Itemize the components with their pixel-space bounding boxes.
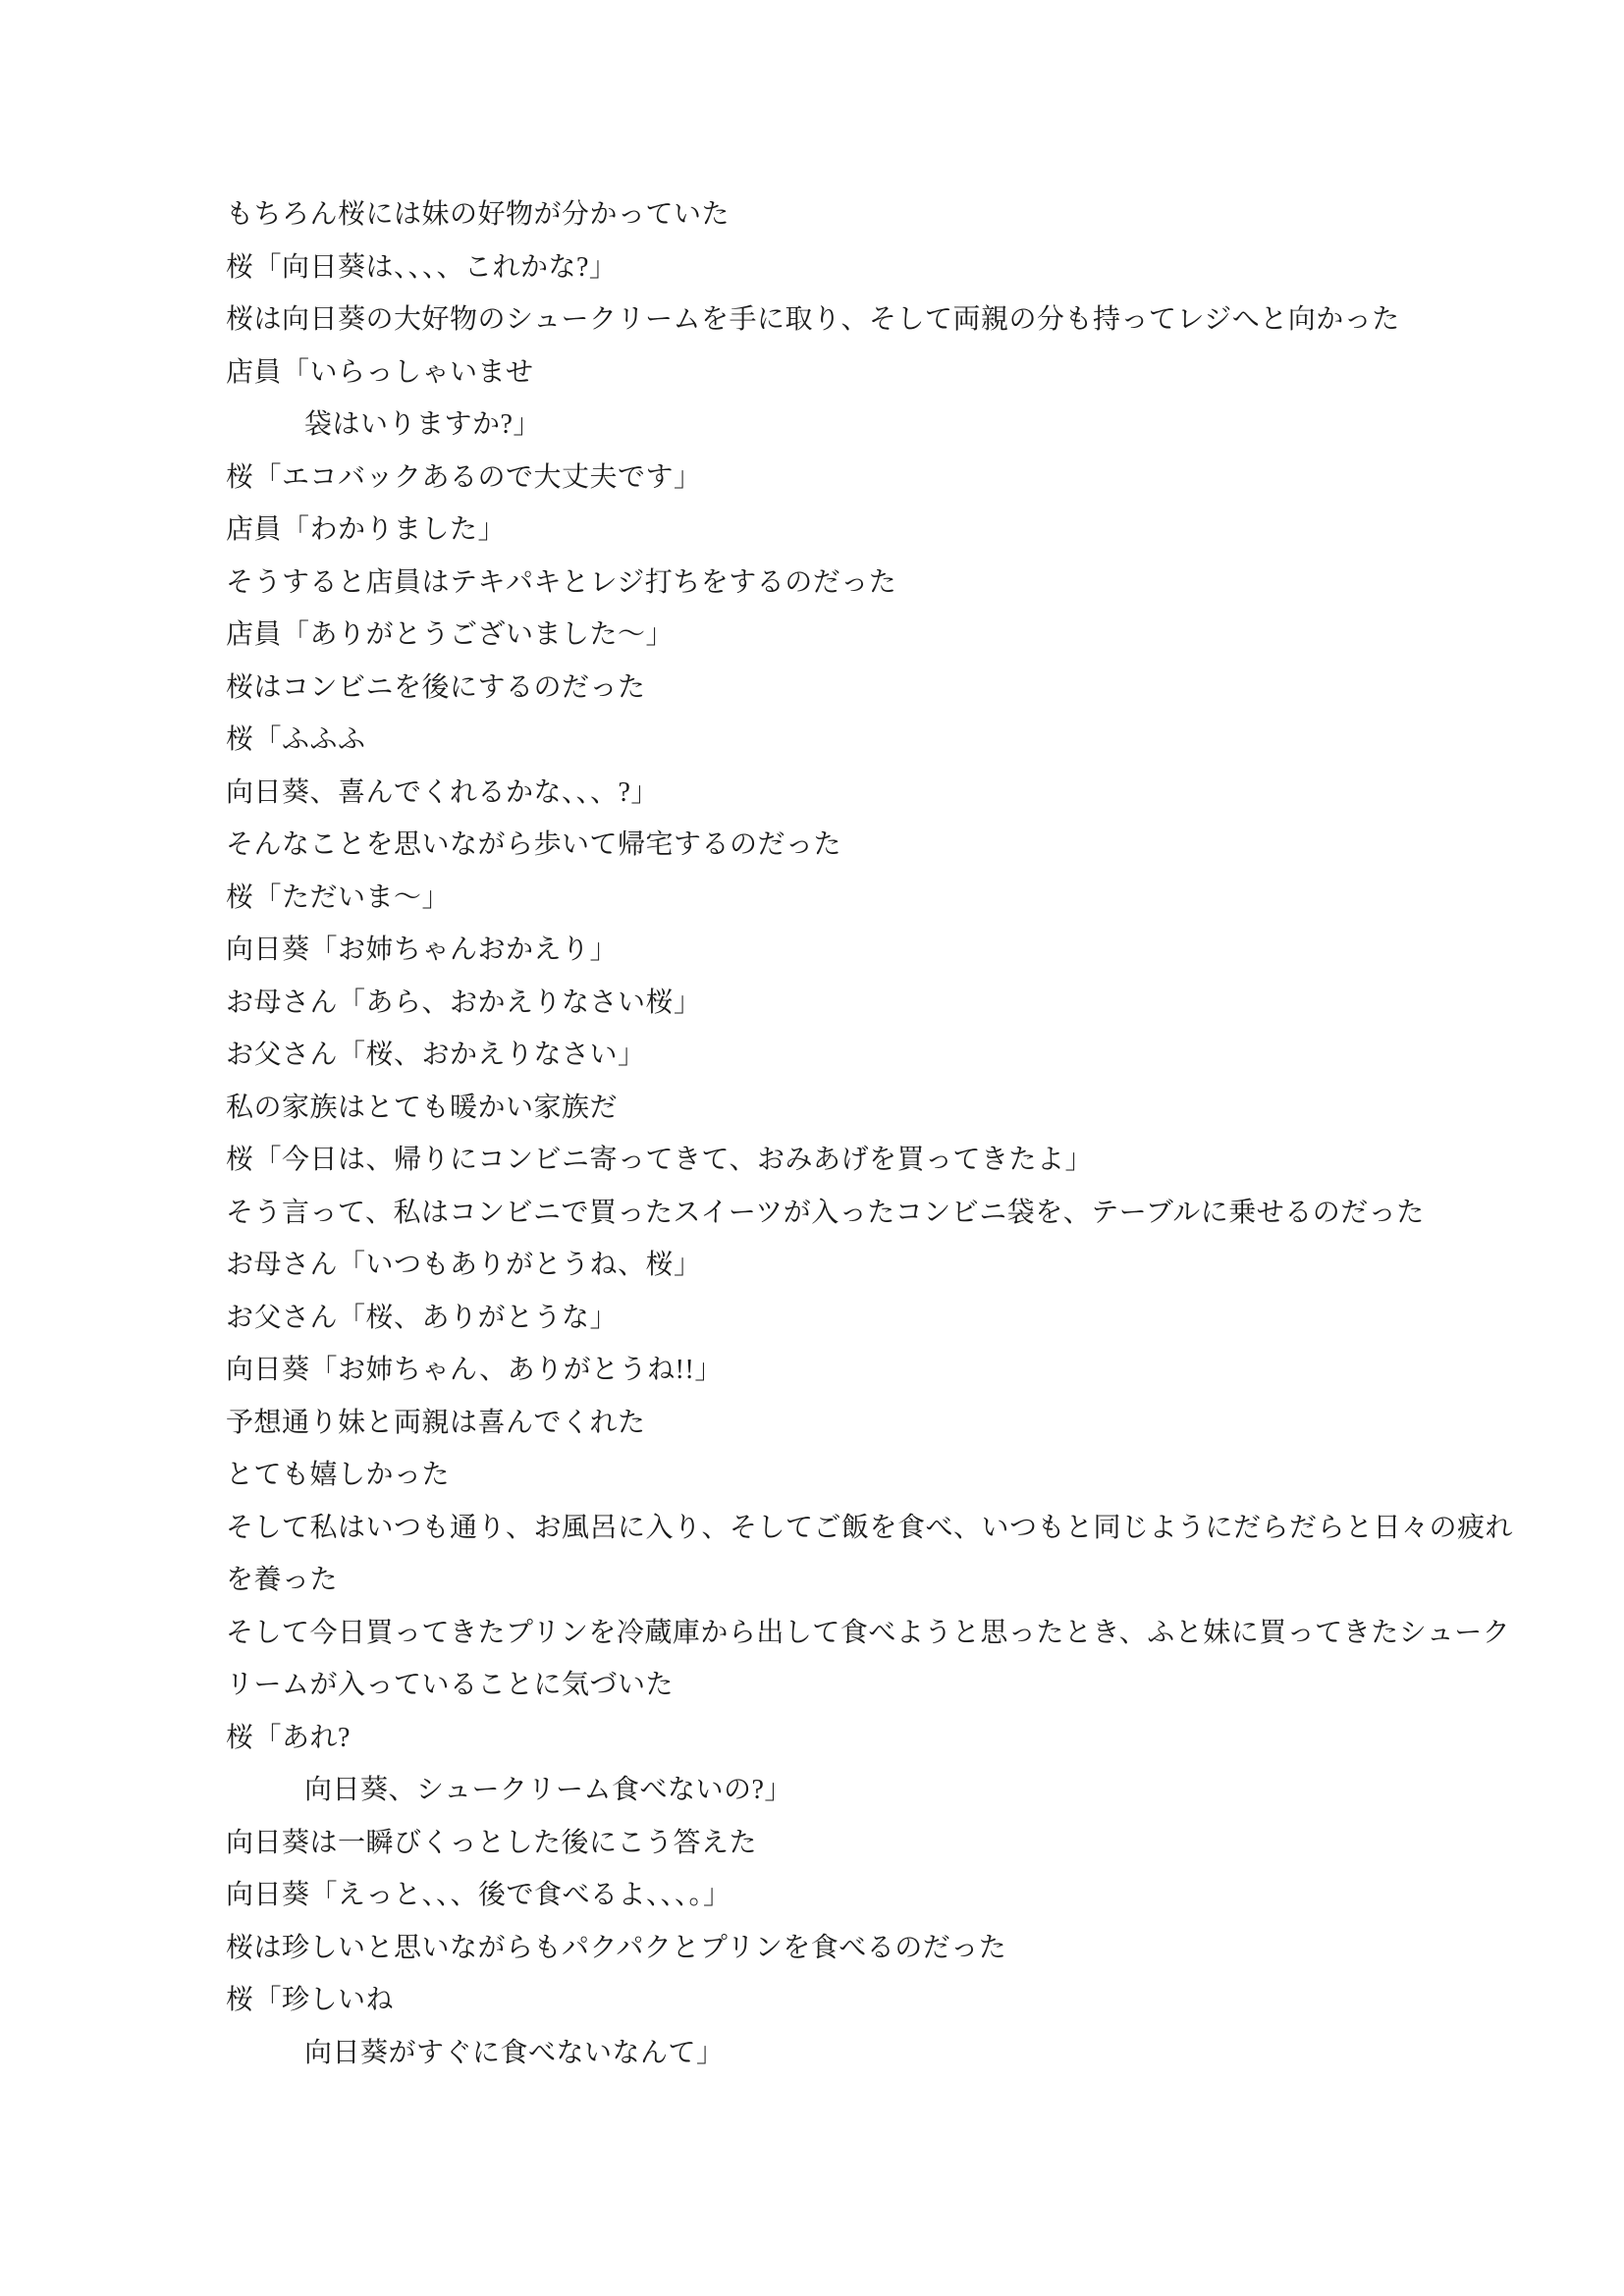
text-line: 袋はいりますか?」 [226, 399, 1502, 452]
text-line: 桜「エコバックあるので大丈夫です」 [226, 452, 1502, 505]
text-line: 向日葵、喜んでくれるかな、、、?」 [226, 767, 1502, 820]
text-line: を養った [226, 1554, 1502, 1607]
text-line: 桜はコンビニを後にするのだった [226, 662, 1502, 715]
text-line: 予想通り妹と両親は喜んでくれた [226, 1397, 1502, 1450]
text-line: 店員「ありがとうございました〜」 [226, 609, 1502, 662]
text-line: とても嬉しかった [226, 1449, 1502, 1502]
text-line: 桜「あれ? [226, 1712, 1502, 1765]
text-line: そして私はいつも通り、お風呂に入り、そしてご飯を食べ、いつもと同じようにだらだら… [226, 1502, 1502, 1555]
text-line: 向日葵、シュークリーム食べないの?」 [226, 1764, 1502, 1817]
text-line: 桜は向日葵の大好物のシュークリームを手に取り、そして両親の分も持ってレジへと向か… [226, 294, 1502, 347]
text-line: 店員「わかりました」 [226, 504, 1502, 557]
text-line: 桜「ただいま〜」 [226, 872, 1502, 925]
text-line: 桜「ふふふ [226, 714, 1502, 767]
text-line: リームが入っていることに気づいた [226, 1659, 1502, 1712]
text-line: お父さん「桜、ありがとうな」 [226, 1292, 1502, 1345]
story-text-block: もちろん桜には妹の好物が分かっていた桜「向日葵は、、、、これかな?」桜は向日葵の… [226, 188, 1502, 2079]
text-line: 桜「今日は、帰りにコンビニ寄ってきて、おみあげを買ってきたよ」 [226, 1134, 1502, 1187]
text-line: 店員「いらっしゃいませ [226, 347, 1502, 400]
text-line: 桜「珍しいね [226, 1974, 1502, 2027]
document-page: もちろん桜には妹の好物が分かっていた桜「向日葵は、、、、これかな?」桜は向日葵の… [0, 0, 1624, 2296]
text-line: 向日葵「えっと、、、後で食べるよ、、、。」 [226, 1869, 1502, 1922]
text-line: 桜は珍しいと思いながらもパクパクとプリンを食べるのだった [226, 1922, 1502, 1975]
text-line: そして今日買ってきたプリンを冷蔵庫から出して食べようと思ったとき、ふと妹に買って… [226, 1607, 1502, 1660]
text-line: 桜「向日葵は、、、、これかな?」 [226, 241, 1502, 294]
text-line: 私の家族はとても暖かい家族だ [226, 1082, 1502, 1135]
text-line: そんなことを思いながら歩いて帰宅するのだった [226, 819, 1502, 872]
text-line: お母さん「あら、おかえりなさい桜」 [226, 977, 1502, 1030]
text-line: お母さん「いつもありがとうね、桜」 [226, 1239, 1502, 1292]
text-line: もちろん桜には妹の好物が分かっていた [226, 188, 1502, 241]
text-line: 向日葵は一瞬びくっとした後にこう答えた [226, 1817, 1502, 1870]
text-line: 向日葵「お姉ちゃん、ありがとうね!!」 [226, 1344, 1502, 1397]
text-line: 向日葵がすぐに食べないなんて」 [226, 2027, 1502, 2080]
text-line: そう言って、私はコンビニで買ったスイーツが入ったコンビニ袋を、テーブルに乗せるの… [226, 1187, 1502, 1240]
text-line: そうすると店員はテキパキとレジ打ちをするのだった [226, 557, 1502, 610]
text-line: 向日葵「お姉ちゃんおかえり」 [226, 924, 1502, 977]
text-line: お父さん「桜、おかえりなさい」 [226, 1029, 1502, 1082]
